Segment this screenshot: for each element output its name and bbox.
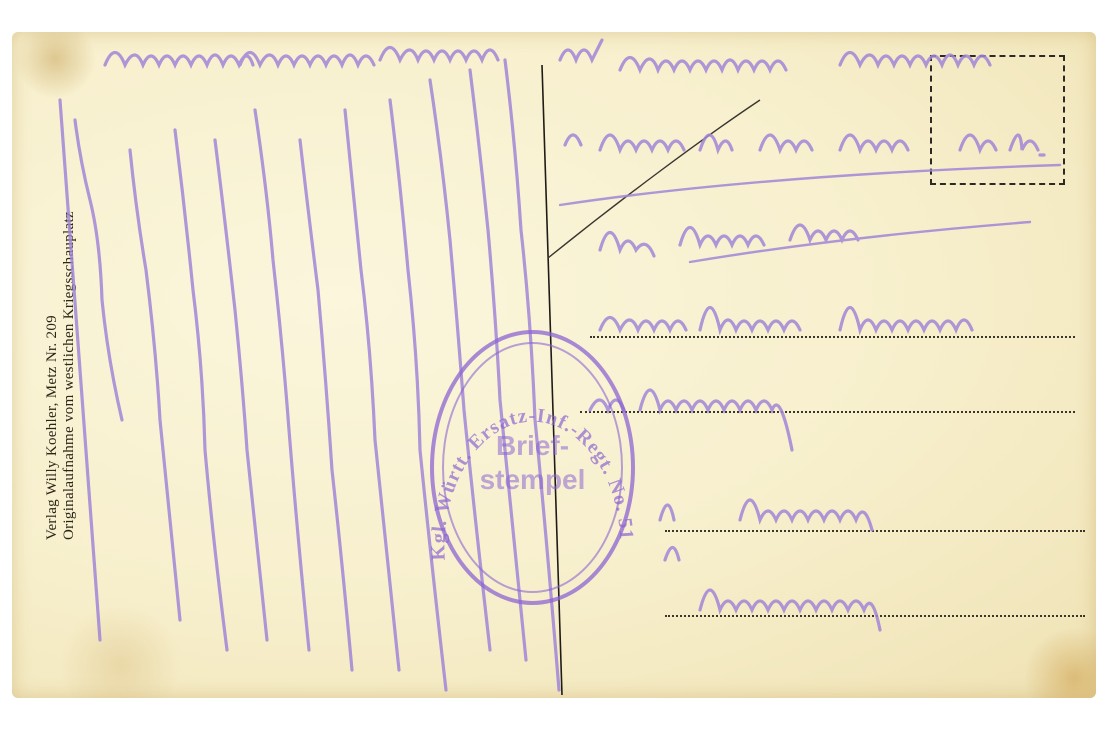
- svg-text:Kgl. Württ. Ersatz-Inf.-Regt.: Kgl. Württ. Ersatz-Inf.-Regt. No. 51: [427, 405, 637, 561]
- seal-ring-label: Kgl. Württ. Ersatz-Inf.-Regt. No. 51: [427, 405, 637, 561]
- seal-ring-text: Kgl. Württ. Ersatz-Inf.-Regt. No. 51: [0, 0, 1107, 732]
